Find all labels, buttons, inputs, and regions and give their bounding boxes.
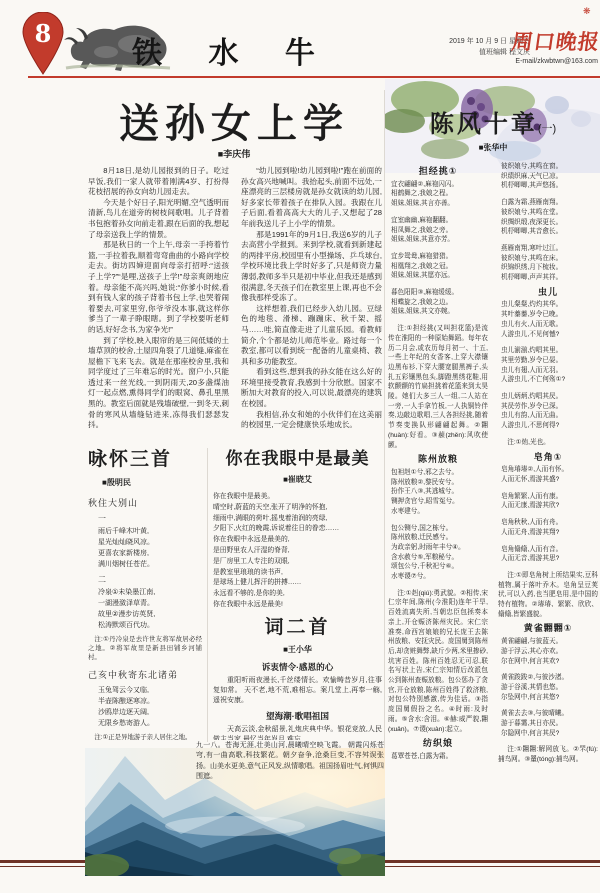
verse-line: 宜室幽幽,麻袍翻翻。 bbox=[391, 216, 488, 226]
verse-line: 黄雀踆踆②,与彼沙渚。 bbox=[501, 673, 598, 683]
corner-ornament: ❋ bbox=[583, 6, 591, 17]
section-note: 注:①烠,光也。 bbox=[498, 438, 598, 448]
paragraph: 8月18日,是幼儿园报到的日子。吃过早饭,我们一家人就带着刚满4岁、打扮得花枝招… bbox=[88, 166, 229, 198]
verse-line: 尔在网中,何言其欢? bbox=[501, 657, 598, 667]
verse-line: 游于暮霭,其日亦昃。 bbox=[501, 719, 598, 729]
verse-line: 人而无康,焉游其欣? bbox=[501, 501, 598, 511]
right-column-title-text: 陈风十章 bbox=[430, 111, 538, 138]
section-note: 注:①翾翾:解网放飞。②罘(fú):捕鸟网。③罿(tóng):捕鸟网。 bbox=[498, 745, 598, 764]
verse-line: 是球场上健儿挥汗的拼搏…… bbox=[213, 578, 382, 589]
verse-line: 为政亲躬,时雨年丰兮④。 bbox=[391, 543, 488, 553]
section-heading: 纺织娘 bbox=[388, 739, 488, 749]
verse-line: 你在我眼中永远是最美! bbox=[213, 600, 382, 610]
stanza: 宜步鸳鸯,麻袍猎猎。相凰翔之,我娘之冠。姐妹,姐妹,其愿亦远。 bbox=[388, 252, 488, 281]
stanza: 黄雀去去③,与彼晴曦。游于暮霭,其日亦昃。尔隐网中,何言其昃? bbox=[498, 709, 598, 738]
poem2-body: 你在我眼中是最美。晴空时,蔚蓝的天空,张开了明净的怀抱,细雨中,满眼的荷叶,摇曳… bbox=[213, 492, 382, 610]
verse-line: 游于浮云,其心亦欢。 bbox=[501, 647, 598, 657]
verse-line: 虫儿湔湔,灼唱其里。 bbox=[501, 346, 598, 356]
verse-line: 机杼唧唧,其声悠扬。 bbox=[501, 181, 598, 191]
verse-line: 是田野里农人汗湿的脊背, bbox=[213, 546, 382, 557]
section-heading: 担经挑① bbox=[388, 167, 488, 177]
verse-line: 满川烟树任苍茫。 bbox=[88, 559, 202, 570]
verse-line: 燕雁南翔,寒叶过江。 bbox=[501, 244, 598, 254]
section-name: 铁 水 牛 bbox=[132, 28, 333, 72]
verse-line: 其叶蓁蓁,岁令已晚。 bbox=[501, 310, 598, 320]
article-body: 8月18日,是幼儿园报到的日子。吃过早饭,我们一家人就带着刚满4岁、打扮得花枝招… bbox=[88, 166, 382, 442]
verse-line: 铡押贪官兮,昭雪冤兮。 bbox=[391, 497, 488, 507]
section-heading: 陈州放粮 bbox=[388, 455, 488, 465]
verse-line: 松涛默颂百代功。 bbox=[88, 620, 202, 631]
poem2-subtitle: 己亥中秋寄东北诸弟 bbox=[88, 668, 202, 681]
verse-line: 雨后千峰木叶黄, bbox=[88, 526, 202, 537]
section-stanzas: 虫儿粲粲,灼灼其华。其叶蓁蓁,岁令已晚。虫儿有火,人而无歌。人游虫儿,不见何憾?… bbox=[498, 300, 598, 430]
verse-line: 相鹤舞之,我娘之程。 bbox=[391, 189, 488, 199]
stanza: 皂角繁繁,人而有康。人而无康,焉游其欣? bbox=[498, 492, 598, 511]
stanza-label-1: 一 bbox=[88, 513, 202, 524]
verse-line: 水枣谡⑦兮。 bbox=[391, 572, 488, 582]
right-column-byline: ■张华中 bbox=[388, 142, 598, 153]
verse-line: 星光灿灿晓风凉。 bbox=[88, 537, 202, 548]
verse-line: 人游虫儿,不亡何殇①? bbox=[501, 375, 598, 385]
poem2-lines: 玉兔驾云今又临,半壶陈酿逐寒凉。沙鸥岸边逐天阔,无限乡愁寄游人。 bbox=[88, 685, 202, 729]
verse-line: 永远看不够的,是你的美, bbox=[213, 589, 382, 600]
rc-section-chenzhou: 陈州放粮 包袒赳①兮,邪之去兮。陈州放粮②,黎民安兮。扮作王八③,其逃城兮。铡押… bbox=[388, 455, 488, 734]
section-stanzas: 包袒赳①兮,邪之去兮。陈州放粮②,黎民安兮。扮作王八③,其逃城兮。铡押贪官兮,昭… bbox=[388, 468, 488, 582]
verse-line: 人而无怀,焉游其盛? bbox=[501, 475, 598, 485]
verse-line: 相蝶旋之,我娘之边。 bbox=[391, 298, 488, 308]
section-heading: 黄雀翾翾① bbox=[498, 624, 598, 634]
stanza: 皂角翛翛,人而有音。人而无音,焉游其思? bbox=[498, 545, 598, 564]
verse-line: 沙鸥岸边逐天阔, bbox=[88, 707, 202, 718]
ci-section: 词二首 ■王小华 诉衷情令·感恩的心 重阳听雨夜漫长,千丝缕情长。欢愉畴昔岁月,… bbox=[213, 612, 382, 740]
stanza: 暮色阳阳③,麻袍缓缓。相蝶旋之,我娘之边。姐妹,姐妹,其文亦婉。 bbox=[388, 288, 488, 317]
stanza: 宜室幽幽,麻袍翻翻。相凤舞之,我娘之旁。姐妹,姐妹,其意亦芳。 bbox=[388, 216, 488, 245]
verse-line: 颂包公兮,千秋祀兮⑥。 bbox=[391, 562, 488, 572]
ci-subtitle-2: 望海潮·歌唱祖国 bbox=[213, 710, 382, 722]
verse-line: 姐妹,姐妹,其意亦芳。 bbox=[391, 235, 488, 245]
verse-line: 织绩织麻,天气已凉。 bbox=[501, 172, 598, 182]
stanza: 虫儿炳炳,灼唱其昃。其昃劳作,岁令已深。虫儿有韵,人而无曲。人游虫儿,不思何得? bbox=[498, 392, 598, 431]
paragraph: 到了学校,映入眼帘的是三间低矮的土墙草顶的校舍,土屋四角裂了几道缝,麻雀在屋檐下… bbox=[88, 336, 229, 431]
verse-line: 其里劳勤,岁令已晏。 bbox=[501, 356, 598, 366]
verse-line: 人而无音,焉游其思? bbox=[501, 554, 598, 564]
verse-line: 黄雀翩翩,与彼蓝天。 bbox=[501, 637, 598, 647]
section-heading: 皂角① bbox=[498, 453, 598, 463]
stanza-2-lines: 冷泉①未染墨江南,一湖漫潋泽草青。故里②漫步访英贤,松涛默颂百代功。 bbox=[88, 587, 202, 631]
rc-section-chongr: 虫儿 虫儿粲粲,灼灼其华。其叶蓁蓁,岁令已晚。虫儿有火,人而无歌。人游虫儿,不见… bbox=[498, 288, 598, 448]
section-heading: 虫儿 bbox=[498, 288, 598, 298]
verse-line: 人而无舟,焉游其翔? bbox=[501, 528, 598, 538]
poem2-byline: ■崔晓艾 bbox=[213, 474, 382, 485]
verse-line: 更喜农家新楼房, bbox=[88, 548, 202, 559]
verse-line: 是教室里琅琅的读书声, bbox=[213, 568, 382, 579]
verse-line: 无限乡愁寄游人。 bbox=[88, 718, 202, 729]
section-stanzas: 黄雀翩翩,与彼蓝天。游于浮云,其心亦欢。尔在网中,何言其欢?黄雀踆踆②,与彼沙渚… bbox=[498, 637, 598, 738]
verse-line: 相凰翔之,我娘之冠。 bbox=[391, 262, 488, 272]
verse-line: 冷泉①未染墨江南, bbox=[88, 587, 202, 598]
verse-line: 皂角翛翛,人而有音。 bbox=[501, 545, 598, 555]
ci-byline: ■王小华 bbox=[213, 644, 382, 655]
section-stanzas: 宜衣翩翩②,麻袍闪闪。相鹤舞之,我娘之程。姐妹,姐妹,其言亦善。宜室幽幽,麻袍翻… bbox=[388, 180, 488, 317]
verse-line: 相凤舞之,我娘之旁。 bbox=[391, 226, 488, 236]
verse-line: 白露为霜,燕雁南翔。 bbox=[501, 198, 598, 208]
section-note: 注:①赳(qiú):勇武貌。②相传,宋仁宗年间,陈州(今淮阳)连年干旱,百姓流离… bbox=[388, 589, 488, 735]
verse-line: 细雨中,满眼的荷叶,摇曳着油润的亮绿, bbox=[213, 514, 382, 525]
poems-section-yonghuai: 咏怀三首 ■殷明民 秋住大别山 一 雨后千峰木叶黄,星光灿灿晓风凉。更喜农家新楼… bbox=[88, 444, 202, 744]
ci-body-1: 重阳听雨夜漫长,千丝缕情长。欢愉畴昔岁月,往事复如常。 天不老,地不荒,难相忘。… bbox=[213, 676, 382, 706]
stanza: 包公铡兮,国之栋兮。陈州放粮,迁民感兮。为政亲躬,时雨年丰兮④。含水赦兮⑤,军粮… bbox=[388, 524, 488, 582]
right-column-title-suffix: (一) bbox=[538, 123, 556, 135]
verse-line: 扮作王八③,其逃城兮。 bbox=[391, 487, 488, 497]
verse-line: 半壶陈酿逐寒凉。 bbox=[88, 696, 202, 707]
stanza: 白露为霜,燕雁南翔。彼织娘兮,其鸣在堂。织绸织缎,夜深更长。机杼唧唧,其音愈长。 bbox=[498, 198, 598, 237]
stanza: 黄雀踆踆②,与彼沙渚。游于谷溪,其情也悠。尔坠网中,何言其悠? bbox=[498, 673, 598, 702]
stanza: 宜衣翩翩②,麻袍闪闪。相鹤舞之,我娘之程。姐妹,姐妹,其言亦善。 bbox=[388, 180, 488, 209]
paragraph: 那是秋日的一个上午,母亲一手挎着竹篮,一手拉着我,顺着弯弯曲曲的小路向学校走去。… bbox=[88, 240, 229, 335]
verse-line: 皂角繁繁,人而有康。 bbox=[501, 492, 598, 502]
verse-line: 尔坠网中,何言其悠? bbox=[501, 693, 598, 703]
verse-line: 陈州放粮②,黎民安兮。 bbox=[391, 478, 488, 488]
right-column-body: 担经挑① 宜衣翩翩②,麻袍闪闪。相鹤舞之,我娘之程。姐妹,姐妹,其言亦善。宜室幽… bbox=[388, 162, 598, 856]
verse-line: 人游虫儿,不见何憾? bbox=[501, 330, 598, 340]
stanza: 虫儿粲粲,灼灼其华。其叶蓁蓁,岁令已晚。虫儿有火,人而无歌。人游虫儿,不见何憾? bbox=[498, 300, 598, 339]
stanza: 皂角秋秋,人而有舟。人而无舟,焉游其翔? bbox=[498, 518, 598, 537]
verse-line: 皂角瑃瑃②,人而有怀。 bbox=[501, 465, 598, 475]
verse-line: 织绸织缎,夜深更长。 bbox=[501, 218, 598, 228]
poem-you-are-most-beautiful: 你在我眼中是最美 ■崔晓艾 你在我眼中是最美。晴空时,蔚蓝的天空,张开了明净的怀… bbox=[213, 444, 382, 610]
poem1-note: 注:①丹冷泉是去许世友将军故居必经之地。②将军故里是新县田铺乡河铺村。 bbox=[88, 635, 202, 662]
stanza-label-2: 二 bbox=[88, 574, 202, 585]
verse-line: 黄雀去去③,与彼晴曦。 bbox=[501, 709, 598, 719]
verse-line: 故里②漫步访英贤, bbox=[88, 609, 202, 620]
rc-section-zaojiao: 皂角① 皂角瑃瑃②,人而有怀。人而无怀,焉游其盛?皂角繁繁,人而有康。人而无康,… bbox=[498, 453, 598, 620]
verse-line: 虫儿炳炳,灼唱其昃。 bbox=[501, 392, 598, 402]
ci-body-2: 天高云淡,金秋韶景,礼炮庆典中华。银花竞放,人民做主当家,最忆当年岁月,难忘 bbox=[213, 725, 382, 740]
header-rule bbox=[28, 76, 600, 78]
verse-line: 织锦织绣,月下梳妆。 bbox=[501, 263, 598, 273]
verse-line: 虫儿有火,人而无歌。 bbox=[501, 320, 598, 330]
paragraph: 今天是个好日子,阳光明媚,空气透明而清新,鸟儿在道旁的树枝间歌唱。儿子背着书包抱… bbox=[88, 198, 229, 240]
verse-line: 虫儿有翅,人而无羽。 bbox=[501, 366, 598, 376]
poem1-subtitle: 秋住大别山 bbox=[88, 496, 202, 509]
verse-line: 尔隐网中,何言其昃? bbox=[501, 729, 598, 739]
verse-line: 彼织娘兮,其鸣在堂。 bbox=[501, 208, 598, 218]
verse-line: 姐妹,姐妹,其言亦善。 bbox=[391, 199, 488, 209]
stanza: 黄雀翩翩,与彼蓝天。游于浮云,其心亦欢。尔在网中,何言其欢? bbox=[498, 637, 598, 666]
poems1-byline: ■殷明民 bbox=[88, 477, 202, 488]
poems1-title: 咏怀三首 bbox=[88, 444, 202, 471]
verse-line: 宜衣翩翩②,麻袍闪闪。 bbox=[391, 180, 488, 190]
verse-line: 玉兔驾云今又临, bbox=[88, 685, 202, 696]
article-byline: ■李庆伟 bbox=[88, 147, 380, 160]
verse-line: 包袒赳①兮,邪之去兮。 bbox=[391, 468, 488, 478]
verse-line: 宜步鸳鸯,麻袍猎猎。 bbox=[391, 252, 488, 262]
verse-line: 你在我眼中永远是最美的, bbox=[213, 535, 382, 546]
verse-line: 水枣建兮。 bbox=[391, 507, 488, 517]
verse-line: 陈州放粮,迁民感兮。 bbox=[391, 533, 488, 543]
verse-line: 虫儿粲粲,灼灼其华。 bbox=[501, 300, 598, 310]
verse-line: 游于谷溪,其情也悠。 bbox=[501, 683, 598, 693]
email-line: E-mail/zkwbtwn@163.com bbox=[495, 58, 598, 65]
paragraph: 那是1991年的9月1日,我送6岁的儿子去高营小学报到。来到学校,就看到新建起的… bbox=[241, 230, 382, 304]
verse-line: 人游虫儿,不思何得? bbox=[501, 421, 598, 431]
poem2-note: 注:①正是异地游子亲人居住之地。 bbox=[88, 733, 202, 742]
stanza: 燕雁南翔,寒叶过江。彼织娘兮,其鸣在床。织锦织绣,月下梳妆。机杼唧唧,声声其祥。 bbox=[498, 244, 598, 283]
paragraph: 看到这些,想到我的孙女能在这么好的环境里接受教育,我感到十分欣慰。国家不断加大对… bbox=[241, 367, 382, 409]
right-column-title: 陈风十章(一) bbox=[388, 104, 598, 139]
ci-subtitle-1: 诉衷情令·感恩的心 bbox=[213, 661, 382, 673]
verse-line: 皂角秋秋,人而有舟。 bbox=[501, 518, 598, 528]
rc-section-huangque: 黄雀翾翾① 黄雀翩翩,与彼蓝天。游于浮云,其心亦欢。尔在网中,何言其欢?黄雀踆踆… bbox=[498, 624, 598, 764]
verse-line: 彼织娘兮,其鸣在窗。 bbox=[501, 162, 598, 172]
section-stanzas: 皂角瑃瑃②,人而有怀。人而无怀,焉游其盛?皂角繁繁,人而有康。人而无康,焉游其欣… bbox=[498, 465, 598, 564]
column-rule-right bbox=[384, 90, 385, 856]
paragraph: 我相信,孙女和她的小伙伴们在这美丽的校园里,一定会健康快乐地成长。 bbox=[241, 410, 382, 431]
stanza: 包袒赳①兮,邪之去兮。陈州放粮②,黎民安兮。扮作王八③,其逃城兮。铡押贪官兮,昭… bbox=[388, 468, 488, 517]
newspaper-page: 8 铁 水 牛 2019 年 10 月 9 日 星期三 值班编辑 程文庆 周口晚… bbox=[0, 0, 600, 893]
stanza: 皂角瑃瑃②,人而有怀。人而无怀,焉游其盛? bbox=[498, 465, 598, 484]
verse-line: 夕阳下,火红的晚霞,诉说着往日的眷恋…… bbox=[213, 524, 382, 535]
paragraph: “幼儿园到啦!幼儿园到啦!”跑在前面的孙女高兴地喊叫。我抬起头,前面不远处,一座… bbox=[241, 166, 382, 230]
verse-line: 虫儿有韵,人而无曲。 bbox=[501, 411, 598, 421]
ci-body-2-continued: 九一八。苍海无涯,壮美山河,晨曦晴空映飞霞。 朝霞闪烁苍穹,有一曲高歌,科技繁花… bbox=[196, 741, 384, 803]
verse-line: 姐妹,姐妹,其文亦婉。 bbox=[391, 307, 488, 317]
verse-line: 一湖漫潋泽草青。 bbox=[88, 598, 202, 609]
masthead: 周口晚报 bbox=[510, 26, 600, 56]
verse-line: 暮色阳阳③,麻袍缓缓。 bbox=[391, 288, 488, 298]
verse-line: 其昃劳作,岁令已深。 bbox=[501, 402, 598, 412]
verse-line: 含水赦兮⑤,军粮秘兮。 bbox=[391, 553, 488, 563]
section-note: 注:①担经挑(又叫担花篮)是流传在淮阳的一种原始舞蹈。每年农历二月会,或农历每月… bbox=[388, 324, 488, 450]
verse-line: 是厂房里工人专注的双眼, bbox=[213, 557, 382, 568]
section-note: 注:①即皂角树上所结果实,豆科植物,属于落叶乔木。皂角呈豆荚状,可以入药,也当肥… bbox=[498, 571, 598, 620]
verse-line: 晴空时,蔚蓝的天空,张开了明净的怀抱, bbox=[213, 503, 382, 514]
poem2-title: 你在我眼中是最美 bbox=[213, 444, 382, 469]
verse-line: 机杼唧唧,其音愈长。 bbox=[501, 227, 598, 237]
verse-line: 你在我眼中是最美。 bbox=[213, 492, 382, 503]
rc-section-danjingtiao: 担经挑① 宜衣翩翩②,麻袍闪闪。相鹤舞之,我娘之程。姐妹,姐妹,其言亦善。宜室幽… bbox=[388, 167, 488, 450]
column-rule-left bbox=[207, 448, 208, 742]
stanza: 虫儿湔湔,灼唱其里。其里劳勤,岁令已晏。虫儿有翅,人而无羽。人游虫儿,不亡何殇①… bbox=[498, 346, 598, 385]
verse-line: 葛覃苍苍,白露为霜。 bbox=[391, 752, 488, 762]
verse-line: 机杼唧唧,声声其祥。 bbox=[501, 273, 598, 283]
ci-title: 词二首 bbox=[213, 612, 382, 639]
stanza-1-lines: 雨后千峰木叶黄,星光灿灿晓风凉。更喜农家新楼房,满川烟树任苍茫。 bbox=[88, 526, 202, 570]
paragraph: 这样想着,我们已经步入幼儿园。豆绿色的地毯、滑梯、蹦蹦床、秋千架、摇马……哇,简… bbox=[241, 304, 382, 368]
article-title: 送孙女上学 bbox=[88, 92, 380, 149]
verse-line: 包公铡兮,国之栋兮。 bbox=[391, 524, 488, 534]
verse-line: 姐妹,姐妹,其愿亦远。 bbox=[391, 271, 488, 281]
verse-line: 彼织娘兮,其鸣在床。 bbox=[501, 254, 598, 264]
